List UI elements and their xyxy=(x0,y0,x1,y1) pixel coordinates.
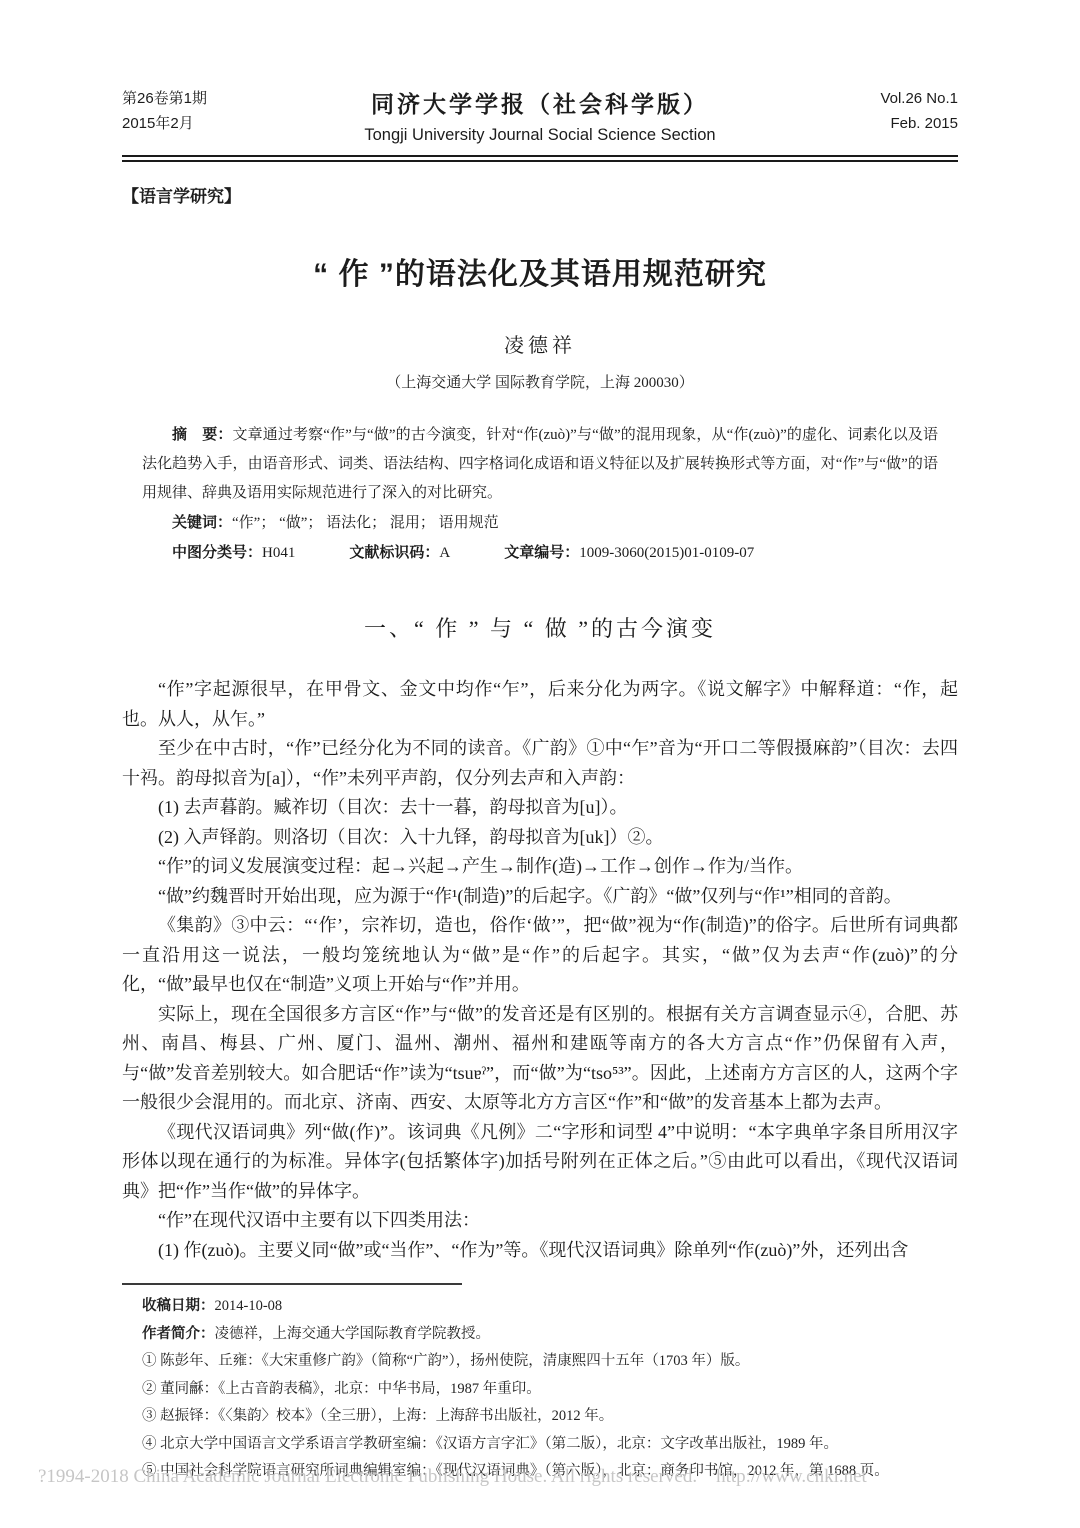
keywords-text: “作”； “做”； 语法化； 混用； 语用规范 xyxy=(232,515,499,531)
date-info-en: Feb. 2015 xyxy=(783,111,958,136)
footnote-item: ③ 赵振铎：《〈集韵〉校本》（全三册），上海：上海辞书出版社，2012 年。 xyxy=(122,1403,958,1431)
body-paragraph: “做”约魏晋时开始出现，应为源于“作¹(制造)”的后起字。《广韵》“做”仅列与“… xyxy=(122,882,958,912)
article-title: “ 作 ”的语法化及其语用规范研究 xyxy=(122,249,958,293)
clc-segment: 中图分类号：H041 xyxy=(172,545,295,561)
keywords-label: 关键词： xyxy=(172,514,232,531)
header-left: 第26卷第1期 2015年2月 xyxy=(122,86,297,136)
received-date-value: 2014-10-08 xyxy=(215,1298,283,1314)
body-paragraph: “作”在现代汉语中主要有以下四类用法： xyxy=(122,1206,958,1236)
body-paragraph: 实际上，现在全国很多方言区“作”与“做”的发音还是有区别的。根据有关方言调查显示… xyxy=(122,1000,958,1118)
journal-page: 第26卷第1期 2015年2月 同济大学学报（社会科学版） Tongji Uni… xyxy=(0,0,1080,1528)
category-label: 【语言学研究】 xyxy=(122,182,958,207)
abstract-label: 摘 要： xyxy=(172,426,232,443)
author-bio-line: 作者简介：凌德祥，上海交通大学国际教育学院教授。 xyxy=(122,1321,958,1349)
received-date-label: 收稿日期： xyxy=(142,1298,215,1314)
clc-label: 中图分类号： xyxy=(172,544,262,561)
doc-code-segment: 文献标识码：A xyxy=(349,545,450,561)
journal-header: 第26卷第1期 2015年2月 同济大学学报（社会科学版） Tongji Uni… xyxy=(122,0,958,145)
abstract-text: 文章通过考察“作”与“做”的古今演变，针对“作(zuò)”与“做”的混用现象，从… xyxy=(142,427,938,501)
author-bio-label: 作者简介： xyxy=(142,1326,215,1342)
journal-title-cn: 同济大学学报（社会科学版） xyxy=(297,86,783,119)
footnote-item: ② 董同龢：《上古音韵表稿》，北京：中华书局，1987 年重印。 xyxy=(122,1376,958,1404)
author-affiliation: （上海交通大学 国际教育学院，上海 200030） xyxy=(122,371,958,392)
keywords-line: 关键词：“作”； “做”； 语法化； 混用； 语用规范 xyxy=(142,508,938,538)
body-paragraph: 《现代汉语词典》列“做(作)”。该词典《凡例》二“字形和词型 4”中说明：“本字… xyxy=(122,1118,958,1207)
journal-title-en: Tongji University Journal Social Science… xyxy=(297,126,783,145)
article-id-label: 文章编号： xyxy=(504,544,579,561)
footnote-list: ① 陈彭年、丘雍：《大宋重修广韵》（简称“广韵”），扬州使院，清康熙四十五年（1… xyxy=(122,1348,958,1486)
clc-value: H041 xyxy=(262,545,295,561)
header-center: 同济大学学报（社会科学版） Tongji University Journal … xyxy=(297,86,783,145)
article-id-value: 1009-3060(2015)01-0109-07 xyxy=(579,545,754,561)
section-heading: 一、“ 作 ” 与 “ 做 ”的古今演变 xyxy=(122,612,958,643)
author-bio-value: 凌德祥，上海交通大学国际教育学院教授。 xyxy=(215,1326,491,1342)
body-paragraph: (2) 入声铎韵。则洛切（目次：入十九铎，韵母拟音为[uk]）②。 xyxy=(122,823,958,853)
abstract-paragraph: 摘 要：文章通过考察“作”与“做”的古今演变，针对“作(zuò)”与“做”的混用… xyxy=(142,420,938,508)
doc-code-label: 文献标识码： xyxy=(349,544,439,561)
abstract-block: 摘 要：文章通过考察“作”与“做”的古今演变，针对“作(zuò)”与“做”的混用… xyxy=(142,420,938,568)
doc-code-value: A xyxy=(439,545,450,561)
author-name: 凌德祥 xyxy=(122,329,958,358)
watermark: ?1994-2018 China Academic Journal Electr… xyxy=(38,1466,867,1488)
body-paragraph: “作”的词义发展演变过程：起→兴起→产生→制作(造)→工作→创作→作为/当作。 xyxy=(122,852,958,882)
footnote-item: ④ 北京大学中国语言文学系语言学教研室编：《汉语方言字汇》（第二版），北京：文字… xyxy=(122,1431,958,1459)
classification-line: 中图分类号：H041文献标识码：A文章编号：1009-3060(2015)01-… xyxy=(142,538,938,568)
received-date-line: 收稿日期：2014-10-08 xyxy=(122,1293,958,1321)
header-right: Vol.26 No.1 Feb. 2015 xyxy=(783,86,958,136)
date-info-cn: 2015年2月 xyxy=(122,111,297,136)
footnotes-block: 收稿日期：2014-10-08 作者简介：凌德祥，上海交通大学国际教育学院教授。… xyxy=(122,1283,958,1486)
footnote-divider xyxy=(122,1283,462,1285)
article-id-segment: 文章编号：1009-3060(2015)01-0109-07 xyxy=(504,545,754,561)
body-paragraph: “作”字起源很早，在甲骨文、金文中均作“乍”，后来分化为两字。《说文解字》中解释… xyxy=(122,675,958,734)
body-paragraph: (1) 去声暮韵。臧祚切（目次：去十一暮，韵母拟音为[u]）。 xyxy=(122,793,958,823)
header-divider xyxy=(122,155,958,162)
body-paragraph: 《集韵》③中云：“‘作’，宗祚切，造也，俗作‘做’”，把“做”视为“作(制造)”… xyxy=(122,911,958,1000)
volume-info-en: Vol.26 No.1 xyxy=(783,86,958,111)
body-paragraph: 至少在中古时，“作”已经分化为不同的读音。《广韵》①中“乍”音为“开口二等假摄麻… xyxy=(122,734,958,793)
page-content: 第26卷第1期 2015年2月 同济大学学报（社会科学版） Tongji Uni… xyxy=(122,0,958,1486)
article-body: “作”字起源很早，在甲骨文、金文中均作“乍”，后来分化为两字。《说文解字》中解释… xyxy=(122,675,958,1265)
body-paragraph: (1) 作(zuò)。主要义同“做”或“当作”、“作为”等。《现代汉语词典》除单… xyxy=(122,1236,958,1266)
volume-info-cn: 第26卷第1期 xyxy=(122,86,297,111)
footnote-item: ① 陈彭年、丘雍：《大宋重修广韵》（简称“广韵”），扬州使院，清康熙四十五年（1… xyxy=(122,1348,958,1376)
